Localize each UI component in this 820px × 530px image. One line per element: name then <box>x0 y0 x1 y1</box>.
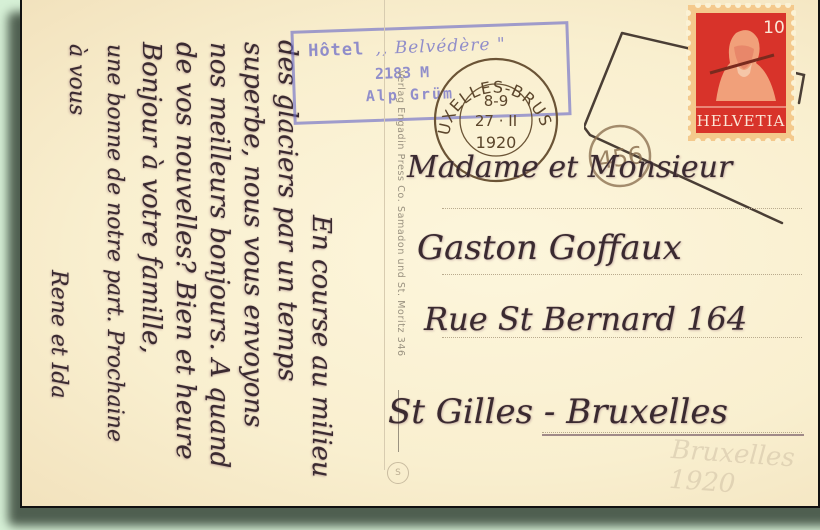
message-line: à vous <box>64 44 89 115</box>
message-line: nos meilleurs bonjours. A quand <box>204 42 234 468</box>
svg-text:8-9: 8-9 <box>484 92 509 110</box>
postage-stamp: HELVETIA 10 <box>686 3 796 143</box>
address-guide-3 <box>442 337 802 338</box>
message-signature: Rene et Ida <box>46 270 71 399</box>
svg-text:HELVETIA: HELVETIA <box>697 112 786 130</box>
address-guide-4 <box>542 432 802 433</box>
address-line-4: St Gilles - Bruxelles <box>388 392 728 432</box>
message-line: une bonne de notre part. Prochaine <box>102 44 127 442</box>
address-line-1: Madame et Monsieur <box>407 150 732 185</box>
message-line: En course au milieu <box>306 215 336 478</box>
publisher-imprint: Verlag Engadin Press Co. Samadon und St.… <box>395 70 406 357</box>
message-line: de vos nouvelles? Bien et heure <box>170 42 200 460</box>
faint-pencil-marks: Bruxelles 1920 <box>668 435 820 505</box>
address-line-2: Gaston Goffaux <box>417 228 682 268</box>
swiss-emblem-icon: S <box>387 462 409 484</box>
svg-text:10: 10 <box>763 18 785 38</box>
address-guide-1 <box>442 208 802 209</box>
center-divider <box>384 0 385 470</box>
address-guide-2 <box>442 274 802 275</box>
svg-text:27 · II: 27 · II <box>475 112 517 130</box>
message-line: superbe, nous vous envoyons <box>238 42 268 427</box>
address-line-3: Rue St Bernard 164 <box>424 300 747 338</box>
postcard: En course au milieu des glaciers par un … <box>20 0 820 508</box>
message-line: Bonjour à votre famille, <box>136 42 166 354</box>
